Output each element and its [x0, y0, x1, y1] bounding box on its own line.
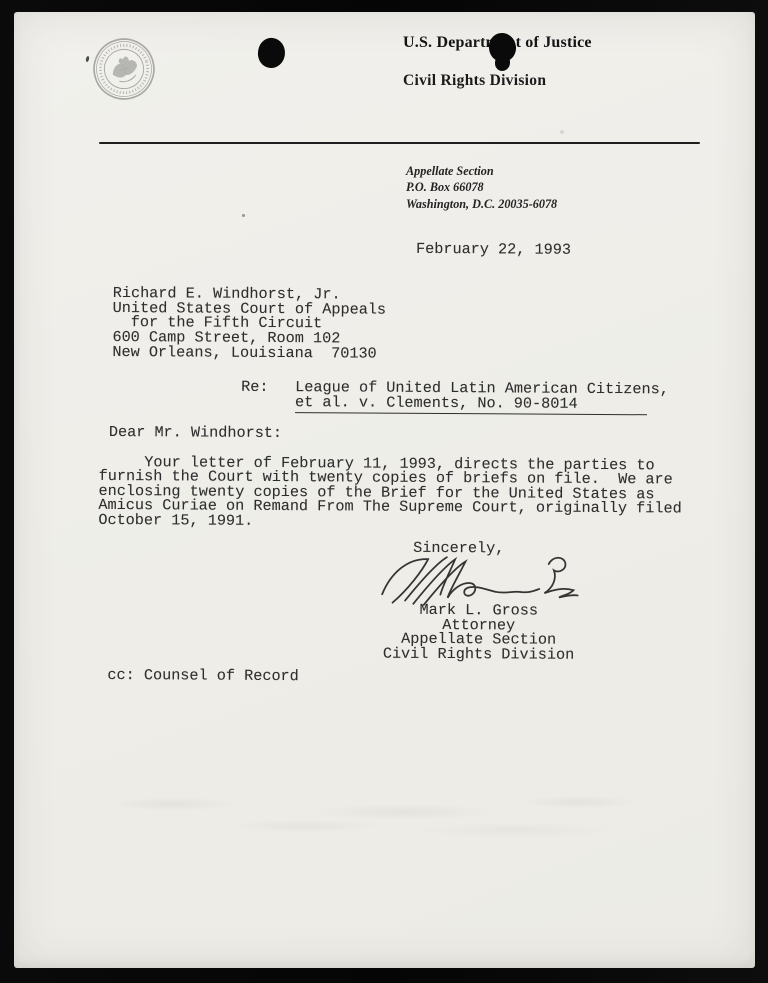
reference-case: League of United Latin American Citizens… [295, 380, 669, 415]
reference-block: Re: League of United Latin American Citi… [241, 380, 669, 416]
reference-case-line2: et al. v. Clements, No. 90-8014 [295, 395, 647, 415]
scan-background: U.S. Department of Justice Civil Rights … [0, 0, 768, 983]
recipient-address: Richard E. Windhorst, Jr. United States … [112, 286, 386, 361]
salutation: Dear Mr. Windhorst: [109, 425, 282, 441]
typed-content: February 22, 1993 Richard E. Windhorst, … [10, 11, 757, 972]
ink-speck [560, 130, 564, 134]
reference-label: Re: [241, 380, 295, 395]
cc-line: cc: Counsel of Record [107, 668, 298, 684]
ink-speck [242, 214, 245, 217]
signer-block: Mark L. Gross Attorney Appellate Section… [380, 603, 578, 663]
date-line: February 22, 1993 [416, 242, 571, 258]
letter-page: U.S. Department of Justice Civil Rights … [14, 12, 755, 968]
body-paragraph: Your letter of February 11, 1993, direct… [98, 455, 682, 531]
